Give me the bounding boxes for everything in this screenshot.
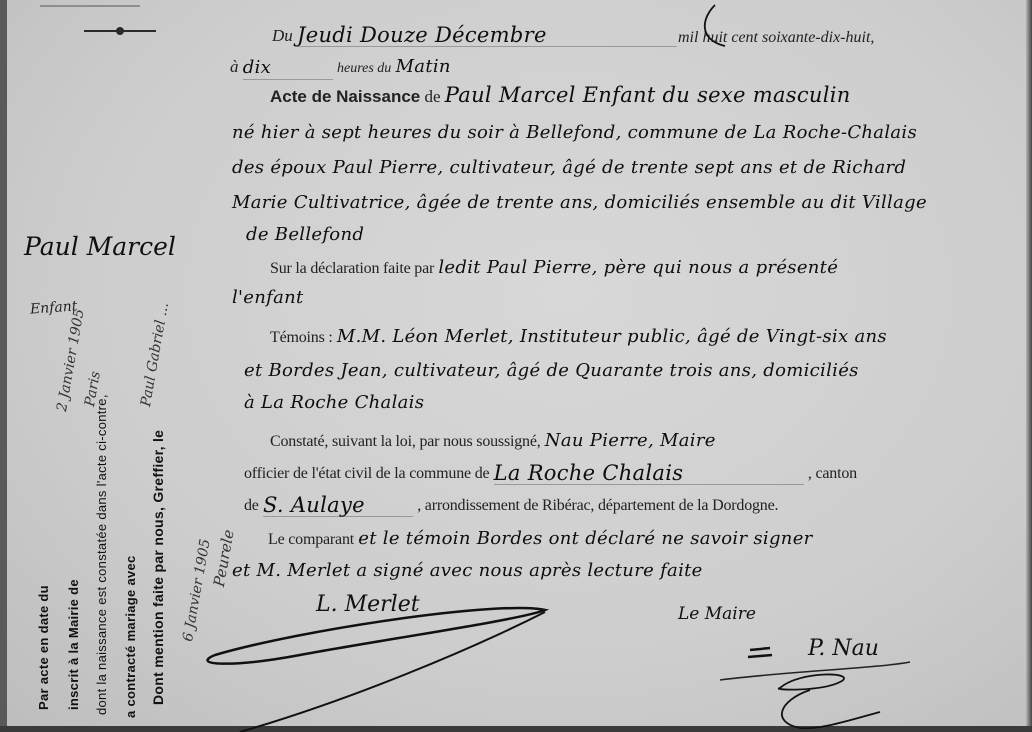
hand-declarant: ledit Paul Pierre, père qui nous a prése… [438, 257, 838, 278]
printed-heures: heures du [337, 61, 391, 76]
printed-canton: , canton [808, 465, 857, 482]
act-title: Acte de Naissance [270, 87, 420, 106]
stamp-line-5: Dont mention faite par nous, Greffier, l… [150, 430, 166, 705]
mayor-signature: P. Nau [808, 636, 879, 661]
stamp-line-3: dont la naissance est constatée dans l'a… [94, 394, 109, 715]
printed-de: de [425, 87, 441, 106]
witness-signature: L. Merlet [316, 592, 420, 617]
line-witness-2: et Bordes Jean, cultivateur, âgé de Quar… [244, 360, 859, 382]
marriage-mention-stamp: Par acte en date du inscrit à la Mairie … [30, 300, 190, 730]
birth-record-page: Paul Marcel Enfant Par acte en date du i… [0, 0, 1032, 732]
stamp-hand-mention-date: 6 Janvier 1905 [180, 538, 214, 643]
printed-de-canton: de [244, 497, 259, 514]
stamp-line-2: inscrit à la Mairie de [66, 579, 81, 710]
hand-day: Jeudi Douze Décembre [297, 24, 677, 47]
line-birth-place: né hier à sept heures du soir à Bellefon… [232, 122, 917, 144]
printed-temoins: Témoins : [270, 329, 333, 346]
line-mother: Marie Cultivatrice, âgée de trente ans, … [232, 192, 927, 214]
hand-period: Matin [396, 56, 451, 77]
printed-constate: Constaté, suivant la loi, par nous souss… [270, 433, 541, 450]
hand-child: Paul Marcel Enfant du sexe masculin [445, 83, 851, 107]
line-comparant: Le comparant et le témoin Bordes ont déc… [268, 528, 813, 551]
previous-entry-fragment [40, 0, 140, 7]
line-commune: officier de l'état civil de la commune d… [244, 462, 857, 485]
mayor-title: Le Maire [678, 604, 756, 624]
hand-commune: La Roche Chalais [494, 462, 804, 485]
printed-a: à [230, 57, 239, 76]
line-parents: des époux Paul Pierre, cultivateur, âgé … [232, 157, 906, 179]
line-witnesses: Témoins : M.M. Léon Merlet, Instituteur … [270, 326, 887, 349]
line-signed-after-reading: et M. Merlet a signé avec nous après lec… [232, 560, 703, 582]
line-year: mil huit cent soixante-dix-huit, [678, 26, 874, 49]
printed-declaration: Sur la déclaration faite par [270, 260, 434, 277]
line-witness-residence: à La Roche Chalais [244, 392, 424, 414]
printed-comparant: Le comparant [268, 531, 354, 548]
stamp-hand-spouse: Paul Gabriel ... [138, 301, 172, 407]
printed-officier: officier de l'état civil de la commune d… [244, 465, 489, 482]
page-left-edge [0, 0, 7, 732]
margin-child-name: Paul Marcel [24, 232, 176, 261]
line-constate: Constaté, suivant la loi, par nous souss… [270, 430, 716, 453]
page-right-edge [1026, 0, 1032, 732]
line-declaration: Sur la déclaration faite par ledit Paul … [270, 257, 838, 280]
line-enfant: l'enfant [232, 287, 304, 309]
line-act-title: Acte de Naissance de Paul Marcel Enfant … [270, 84, 851, 108]
printed-du: Du [272, 26, 293, 45]
hand-canton: S. Aulaye [263, 494, 413, 517]
line-hour: à dix heures du Matin [230, 56, 451, 80]
separator-ornament [84, 30, 156, 32]
stamp-line-1: Par acte en date du [36, 585, 51, 710]
line-date: Du Jeudi Douze Décembre [272, 24, 677, 47]
printed-year: mil huit cent soixante-dix-huit, [678, 29, 874, 46]
hand-comparant: et le témoin Bordes ont déclaré ne savoi… [358, 528, 812, 549]
line-canton: de S. Aulaye , arrondissement de Ribérac… [244, 494, 778, 517]
hand-officer: Nau Pierre, Maire [545, 430, 716, 451]
stamp-line-4: a contracté mariage avec [123, 555, 138, 718]
hand-hour: dix [243, 57, 333, 80]
line-village: de Bellefond [246, 224, 364, 246]
printed-arrondissement: , arrondissement de Ribérac, département… [417, 497, 778, 514]
hand-witness-1: M.M. Léon Merlet, Instituteur public, âg… [337, 326, 887, 347]
